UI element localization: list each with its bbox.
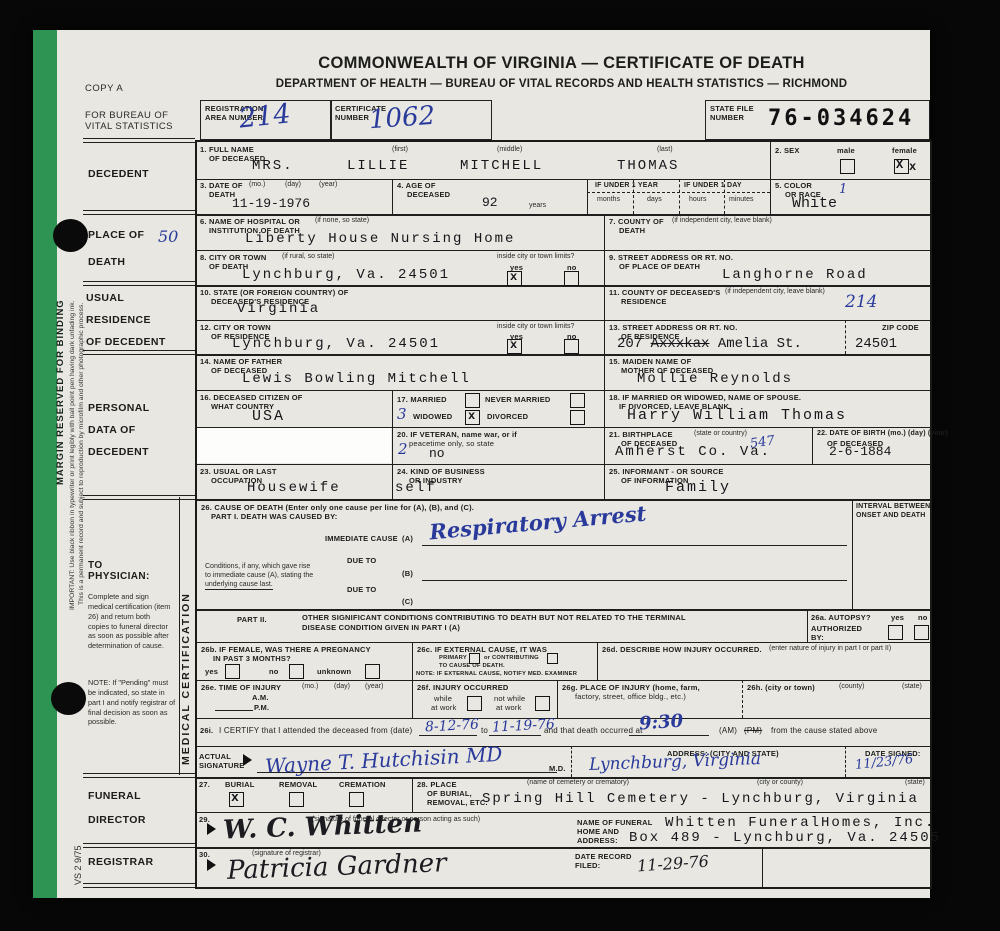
f26i-to-label: to (481, 726, 488, 736)
divider (83, 350, 195, 355)
widowed-mark: x (468, 409, 475, 423)
grid-line (604, 320, 605, 354)
divider (83, 210, 195, 215)
street-of-death-value: Langhorne Road (722, 267, 868, 283)
state-file-number-value: 76-034624 (768, 106, 914, 131)
f21-label: 21. BIRTHPLACE (609, 430, 673, 439)
f26a-by-label: BY: (811, 633, 824, 642)
f26a-authorized-label: AUTHORIZED (811, 624, 862, 633)
state-file-number-box: STATE FILE NUMBER 76-034624 (705, 100, 930, 140)
grid-line (807, 609, 808, 642)
f16-label: 16. DECEASED CITIZEN OF (200, 393, 303, 402)
state-file-label2: NUMBER (710, 113, 744, 122)
f8-limits-label: inside city or town limits? (497, 253, 574, 261)
age-unit-label: years (529, 202, 546, 210)
grid-line (742, 680, 743, 718)
f26c-note: NOTE: IF EXTERNAL CAUSE, NOTIFY MED. EXA… (416, 671, 577, 678)
grid-line (392, 427, 393, 464)
f28-hint1: (name of cemetery or crematory) (527, 779, 629, 787)
f12-yes-mark: x (510, 338, 517, 352)
form-code: VS 2 9/75 (73, 805, 83, 885)
f17-widowed-label: WIDOWED (413, 412, 452, 421)
f2-label: 2. SEX (775, 146, 800, 155)
grid-line (197, 354, 930, 356)
occupation-value: Housewife (247, 480, 341, 496)
f17-married-label: 17. MARRIED (397, 395, 447, 404)
physician-signature-line (257, 772, 557, 773)
f26i-text1: I CERTIFY that I attended the deceased f… (219, 726, 412, 736)
informant-value: Family (665, 479, 731, 496)
f26a-yes-label: yes (891, 613, 904, 622)
f26-title: 26. CAUSE OF DEATH (Enter only one cause… (201, 503, 474, 512)
f7-hint: (if independent city, leave blank) (672, 217, 772, 225)
f10-label: 10. STATE (OR FOREIGN COUNTRY) OF (200, 288, 349, 297)
grid-line (392, 464, 393, 499)
f26f-atwork-label: at work (431, 703, 457, 712)
name-first-value: LILLIE (347, 158, 409, 174)
grid-line (604, 464, 605, 499)
to-physician-2: PHYSICIAN: (88, 571, 150, 583)
f28-label2: OF BURIAL, (427, 789, 472, 798)
grid-line (197, 718, 930, 719)
grid-line (197, 214, 930, 216)
cause-b-line (422, 580, 847, 581)
f26g-label2: factory, street, office bldg., etc.) (575, 692, 686, 701)
f26h-county-hint: (county) (839, 683, 864, 691)
f11-hint: (if independent city, leave blank) (725, 288, 825, 296)
grid-line (770, 179, 771, 214)
f8-yes-mark: x (510, 270, 517, 284)
medical-certification-label: MEDICAL CERTIFICATION (180, 510, 192, 765)
grid-line (845, 320, 846, 354)
f26c-to-cause: TO CAUSE OF DEATH. (439, 663, 505, 670)
actual-label: ACTUAL (199, 752, 231, 761)
divider (83, 281, 195, 286)
injury-while-checkbox (467, 696, 482, 711)
f26e-day-hint: (day) (334, 683, 350, 691)
f8-label: 8. CITY OR TOWN (200, 253, 267, 262)
copy-for-line1: FOR BUREAU OF (85, 110, 168, 121)
f30-number: 30. (199, 850, 210, 859)
f12-no-checkbox (564, 339, 579, 354)
registration-area-box: REGISTRATION AREA NUMBER 214 (200, 100, 332, 140)
mother-name-value: Mollie Reynolds (637, 371, 793, 387)
certificate-number-label2: NUMBER (335, 113, 369, 122)
divider (83, 843, 195, 848)
registrar-arrow-icon (207, 859, 216, 871)
f26g-label: 26g. PLACE OF INJURY (home, farm, (562, 683, 700, 692)
handwritten-date-signed: 11/23/76 (854, 752, 914, 773)
f26f-notwhile-label: not while (494, 694, 525, 703)
external-contributing-checkbox (547, 653, 558, 664)
margin-binding-text: MARGIN RESERVED FOR BINDING (55, 225, 66, 485)
grid-line (587, 179, 588, 214)
handwritten-time-of-death: 9:30 (638, 710, 684, 734)
grid-line (197, 680, 930, 681)
f26d-label: 26d. DESCRIBE HOW INJURY OCCURRED. (602, 645, 762, 654)
handwritten-county-note: 214 (845, 292, 877, 312)
pregnancy-unknown-checkbox (365, 664, 380, 679)
grid-line (197, 390, 930, 391)
f6-hint: (if none, so state) (315, 217, 369, 225)
funeral-home-label3: ADDRESS: (577, 836, 618, 845)
document-subtitle: DEPARTMENT OF HEALTH — BUREAU OF VITAL R… (195, 77, 928, 91)
f1-last-hint: (last) (657, 146, 673, 154)
handwritten-birthplace-note: 547 (749, 433, 776, 451)
conditions-line2: to immediate cause (A), stating the (205, 572, 313, 580)
grid-line (392, 390, 393, 427)
grid-line (197, 250, 930, 251)
f3-label: 3. DATE OF (200, 181, 243, 190)
f21-hint: (state or country) (694, 430, 747, 438)
f8-no-checkbox (564, 271, 579, 286)
autopsy-no-checkbox (914, 625, 929, 640)
handwritten-race-note: 1 (839, 182, 847, 197)
f26e-mo-hint: (mo.) (302, 683, 318, 691)
days-label: days (647, 196, 662, 204)
grid-line (762, 847, 763, 887)
grid-line (770, 142, 771, 179)
handwritten-place-note: 50 (158, 227, 178, 246)
zip-value: 24501 (855, 336, 897, 352)
grid-line (812, 427, 813, 464)
f26e-pm-label: P.M. (254, 703, 269, 712)
f26i-number: 26i. (200, 726, 213, 735)
f24-label: 24. KIND OF BUSINESS (397, 467, 485, 476)
grid-line (604, 214, 605, 250)
grid-line (197, 746, 930, 747)
handwritten-certificate-number: 1062 (368, 101, 436, 136)
sex-female-mark: X (896, 158, 903, 172)
f26h-label: 26h. (city or town) (747, 683, 815, 692)
cremation-label: CREMATION (339, 780, 386, 789)
section-personal-3: DECEDENT (88, 446, 149, 459)
grid-line (587, 192, 770, 193)
sex-female-mark2: x (909, 160, 916, 174)
cause-c-label: (C) (402, 597, 413, 606)
section-funeral-2: DIRECTOR (88, 814, 146, 827)
hole-punch-bottom (51, 682, 86, 715)
f25-label: 25. INFORMANT - OR SOURCE (609, 467, 724, 476)
interval-label2: ONSET AND DEATH (856, 512, 926, 521)
injury-notwhile-checkbox (535, 696, 550, 711)
f3-mo-hint: (mo.) (249, 181, 265, 189)
citizen-value: USA (252, 408, 285, 425)
grid-line (412, 642, 413, 680)
funeral-director-arrow-icon (207, 823, 216, 835)
f28-hint3: (state) (905, 779, 925, 787)
burial-label: BURIAL (225, 780, 255, 789)
name-last-value: THOMAS (617, 158, 679, 174)
grid-line (197, 179, 930, 180)
copy-for-line2: VITAL STATISTICS (85, 121, 173, 132)
part2-label: PART II. (237, 615, 267, 624)
never-married-checkbox (570, 393, 585, 408)
f26-part1-label: PART I. DEATH WAS CAUSED BY: (211, 512, 337, 521)
f6-label: 6. NAME OF HOSPITAL OR (200, 217, 300, 226)
conditions-line3: underlying cause last. (205, 581, 273, 590)
from-underline (419, 735, 477, 736)
city-of-death-value: Lynchburg, Va. 24501 (242, 267, 450, 283)
f26b-no-label: no (269, 667, 279, 676)
divider (83, 883, 195, 888)
f14-label: 14. NAME OF FATHER (200, 357, 282, 366)
f7-label: 7. COUNTY OF (609, 217, 664, 226)
certificate-paper: MARGIN RESERVED FOR BINDING IMPORTANT: U… (33, 30, 930, 898)
hours-label: hours (689, 196, 707, 204)
removal-label: REMOVAL (279, 780, 317, 789)
pregnancy-yes-checkbox (225, 664, 240, 679)
grid-line (604, 285, 605, 320)
state-file-label1: STATE FILE (710, 104, 754, 113)
f15-label: 15. MAIDEN NAME OF (609, 357, 691, 366)
section-funeral-1: FUNERAL (88, 790, 141, 803)
f9-label2: OF PLACE OF DEATH (619, 262, 700, 271)
f26c-or-contributing: or CONTRIBUTING (484, 655, 539, 662)
f3-year-hint: (year) (319, 181, 337, 189)
f23-label: 23. USUAL OR LAST (200, 467, 277, 476)
married-checkbox (465, 393, 480, 408)
f1-number-label: 1. FULL NAME (200, 145, 254, 154)
section-decedent: DECEDENT (88, 168, 149, 181)
interval-label1: INTERVAL BETWEEN (856, 503, 930, 512)
under-1-day-label: IF UNDER 1 DAY (684, 182, 742, 191)
handwritten-attended-from: 8-12-76 (425, 717, 480, 736)
under-1-year-label: IF UNDER 1 YEAR (595, 182, 658, 191)
sex-male-label: male (837, 146, 855, 155)
f20-label: 20. IF VETERAN, name war, or if (397, 430, 517, 439)
grid-line (604, 354, 605, 390)
f3-day-hint: (day) (285, 181, 301, 189)
grid-line (597, 642, 598, 680)
section-place-of-death-1: PLACE OF (88, 229, 144, 242)
f26i-pm-label-struck: (PM) (744, 726, 762, 736)
sex-female-label: female (892, 146, 917, 155)
f26h-state-hint: (state) (902, 683, 922, 691)
grid-line (197, 499, 930, 501)
f12-limits-label: inside city or town limits? (497, 323, 574, 331)
grid-line (852, 499, 853, 609)
f26b-label: 26b. IF FEMALE, WAS THERE A PREGNANCY (201, 645, 371, 654)
age-value: 92 (482, 195, 498, 210)
funeral-home-address-value: Box 489 - Lynchburg, Va. 24505 (629, 830, 941, 846)
f26c-primary-label: PRIMARY (439, 655, 467, 662)
to-underline (489, 735, 541, 736)
zip-label: ZIP CODE (882, 323, 919, 332)
immediate-cause-label: IMMEDIATE CAUSE (325, 534, 398, 543)
state-of-residence-value: Virginia (237, 301, 320, 317)
street-struck-text: Axxxkax (651, 336, 710, 352)
handwritten-veteran-note: 2 (398, 440, 408, 458)
f4-label2: DECEASED (407, 190, 450, 199)
name-middle-value: MITCHELL (460, 158, 543, 174)
spouse-name-value: Harry William Thomas (627, 407, 847, 424)
section-place-of-death-2: DEATH (88, 256, 125, 269)
grid-line (679, 179, 680, 214)
sex-male-checkbox (840, 159, 855, 174)
business-value: self (395, 480, 437, 496)
date-record-label1: DATE RECORD (575, 852, 632, 861)
grid-line (412, 680, 413, 718)
f11-label2: RESIDENCE (621, 297, 667, 306)
cause-a-line (422, 545, 847, 546)
f12-label: 12. CITY OR TOWN (200, 323, 271, 332)
document-title: COMMONWEALTH OF VIRGINIA — CERTIFICATE O… (195, 53, 928, 74)
f26d-hint: (enter nature of injury in part I or par… (769, 645, 891, 653)
f28-hint2: (city or county) (757, 779, 803, 787)
grid-line (845, 746, 846, 777)
hospital-value: Liberty House Nursing Home (245, 231, 515, 247)
f9-label: 9. STREET ADDRESS OR RT. NO. (609, 253, 733, 262)
grid-line (557, 680, 558, 718)
conditions-line1: Conditions, if any, which gave rise (205, 563, 310, 571)
city-of-residence-value: Lynchburg, Va. 24501 (232, 336, 440, 352)
scanned-death-certificate: MARGIN RESERVED FOR BINDING IMPORTANT: U… (0, 0, 1000, 931)
f4-label: 4. AGE OF (397, 181, 436, 190)
f28-label: 28. PLACE (417, 780, 457, 789)
f28-label3: REMOVAL, ETC. (427, 798, 488, 807)
burial-mark: x (231, 790, 239, 805)
birthplace-value: Amherst Co. Va. (615, 444, 771, 460)
street-of-residence-value: 207 Axxxkax Amelia St. (617, 336, 802, 352)
cause-b-label: (B) (402, 569, 413, 578)
f26b-label2: IN PAST 3 MONTHS? (213, 654, 291, 663)
grid-line (604, 390, 605, 427)
grid-line (571, 746, 572, 777)
f7-label2: DEATH (619, 226, 645, 235)
f26e-label: 26e. TIME OF INJURY (201, 683, 281, 692)
grid-line (197, 609, 930, 611)
f26e-year-hint: (year) (365, 683, 383, 691)
months-label: months (597, 196, 620, 204)
autopsy-yes-checkbox (888, 625, 903, 640)
certificate-number-box: CERTIFICATE NUMBER 1062 (330, 100, 492, 140)
f26b-yes-label: yes (205, 667, 218, 676)
f26a-no-label: no (918, 613, 928, 622)
f18-label: 18. IF MARRIED OR WIDOWED, NAME OF SPOUS… (609, 393, 801, 402)
name-prefix-value: MRS. (252, 158, 294, 174)
veteran-value: no (429, 446, 445, 461)
f26c-label: 26c. IF EXTERNAL CAUSE, IT WAS (417, 645, 547, 654)
funeral-home-name-value: Whitten FuneralHomes, Inc. (665, 815, 935, 831)
f26i-am-label: (AM) (719, 726, 737, 736)
divorced-checkbox (570, 410, 585, 425)
f26e-am-label: A.M. (252, 693, 269, 702)
section-registrar: REGISTRAR (88, 856, 153, 869)
handwritten-registration-area: 214 (238, 98, 293, 134)
f22-label: 22. DATE OF BIRTH (mo.) (day) (year) (817, 430, 948, 439)
f27-number: 27. (199, 780, 210, 789)
handwritten-date-filed: 11-29-76 (636, 852, 709, 876)
copy-label: COPY A (85, 83, 123, 94)
part2-text2: DISEASE CONDITION GIVEN IN PART I (A) (302, 623, 460, 632)
father-name-value: Lewis Bowling Mitchell (242, 371, 471, 387)
f17-never-label: NEVER MARRIED (485, 395, 551, 404)
redacted-field-19 (197, 428, 391, 463)
pregnancy-no-checkbox (289, 664, 304, 679)
to-physician-note: NOTE: If "Pending" must be indicated, so… (88, 678, 176, 727)
f8-hint: (if rural, so state) (282, 253, 335, 261)
grid-line (197, 320, 930, 321)
grid-line (392, 179, 393, 214)
section-personal-1: PERSONAL (88, 402, 150, 415)
due-to-label-1: DUE TO (347, 556, 376, 565)
f13-label: 13. STREET ADDRESS OR RT. NO. (609, 323, 737, 332)
section-residence-1: USUAL (86, 292, 124, 305)
section-residence-3: OF DECEDENT (86, 336, 166, 349)
funeral-director-signature: W. C. Whitten (223, 809, 423, 846)
f5-label: 5. COLOR (775, 181, 812, 190)
race-value: White (792, 195, 837, 212)
signature-arrow-icon (243, 754, 252, 766)
f26f-while-label: while (434, 694, 452, 703)
cause-a-label: (A) (402, 534, 413, 543)
handwritten-physician-address: Lynchburg, Virginia (589, 749, 762, 775)
margin-important-line1: IMPORTANT: Use black ribbon in typewrite… (69, 190, 76, 610)
f1-middle-hint: (middle) (497, 146, 522, 154)
place-of-burial-value: Spring Hill Cemetery - Lynchburg, Virgin… (482, 791, 919, 807)
f26e-time-line (215, 710, 253, 711)
f26b-unknown-label: unknown (317, 667, 351, 676)
f26i-text2: and that death occurred at (544, 726, 643, 736)
certificate-form: 1. FULL NAME OF DECEASED (first) (middle… (195, 140, 932, 889)
to-physician-body: Complete and sign medical certification … (88, 592, 173, 651)
f26f-atwork2-label: at work (496, 703, 522, 712)
funeral-home-label2: HOME AND (577, 827, 619, 836)
grid-line (197, 847, 930, 849)
date-record-label2: FILED: (575, 861, 600, 870)
grid-line (604, 427, 605, 464)
removal-checkbox (289, 792, 304, 807)
f1-first-hint: (first) (392, 146, 408, 154)
time-underline (629, 735, 709, 736)
f11-label: 11. COUNTY OF DECEASED'S (609, 288, 721, 297)
binding-stripe (33, 30, 57, 898)
f26f-label: 26f. INJURY OCCURRED (417, 683, 509, 692)
part2-text1: OTHER SIGNIFICANT CONDITIONS CONTRIBUTIN… (302, 613, 686, 622)
f26i-text3: from the cause stated above (771, 726, 877, 736)
margin-important-line2: This is a permanent record and subject t… (78, 205, 85, 605)
grid-line (604, 250, 605, 285)
section-residence-2: RESIDENCE (86, 314, 151, 327)
f17-divorced-label: DIVORCED (487, 412, 528, 421)
registrar-signature: Patricia Gardner (227, 848, 447, 886)
handwritten-marital-note: 3 (397, 405, 407, 423)
minutes-label: minutes (729, 196, 754, 204)
f26a-label: 26a. AUTOPSY? (811, 613, 871, 622)
section-personal-2: DATA OF (88, 424, 136, 437)
grid-line (412, 777, 413, 812)
funeral-home-label1: NAME OF FUNERAL (577, 818, 653, 827)
signature-label: SIGNATURE (199, 761, 244, 770)
date-of-birth-value: 2-6-1884 (829, 444, 891, 459)
cremation-checkbox (349, 792, 364, 807)
date-of-death-value: 11-19-1976 (232, 196, 310, 211)
divider (83, 138, 195, 143)
grid-line (197, 464, 930, 465)
due-to-label-2: DUE TO (347, 585, 376, 594)
f20-label2: peacetime only, so state (409, 439, 494, 448)
